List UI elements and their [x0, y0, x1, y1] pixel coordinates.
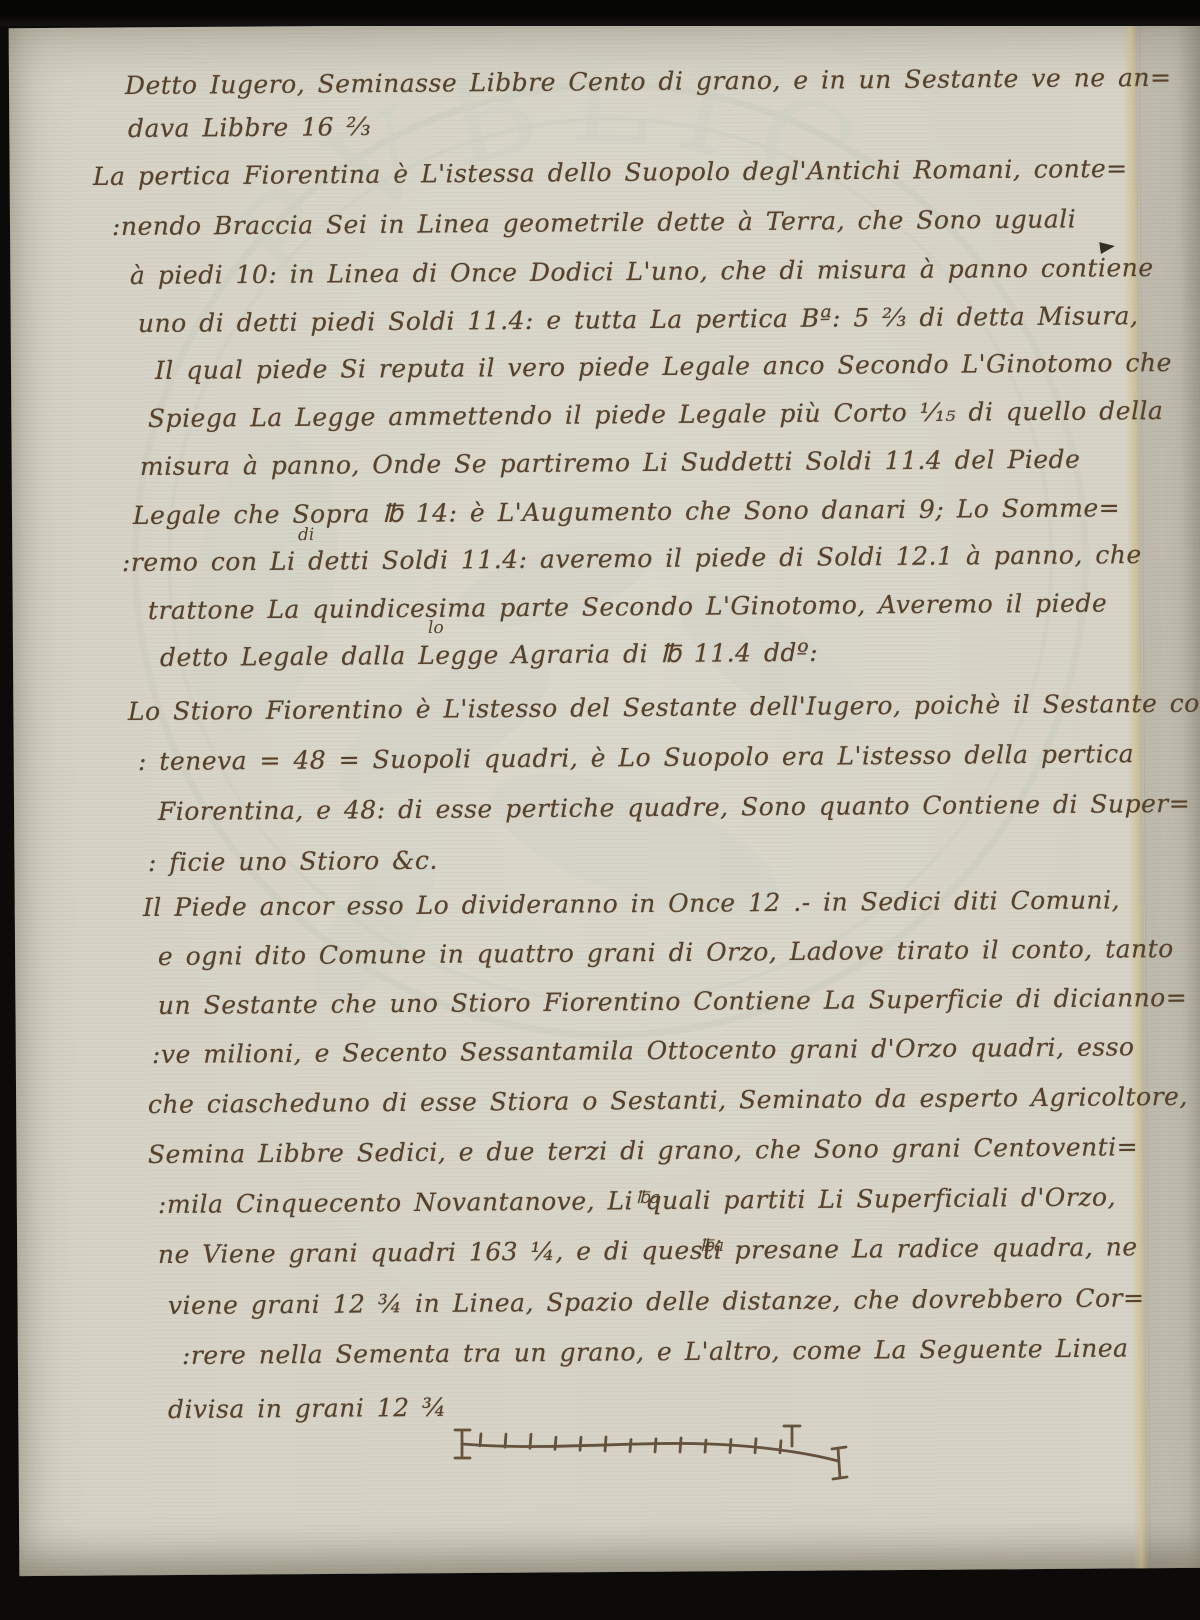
manuscript-line: detto Legale dalla Legge Agraria di ℔ 11… [160, 639, 818, 673]
manuscript-line: uno di detti piedi Soldi 11.4: e tutta L… [138, 302, 1139, 339]
manuscript-line: e ogni dito Comune in quattro grani di O… [158, 935, 1174, 972]
manuscript-line: :rere nella Sementa tra un grano, e L'al… [182, 1335, 1129, 1371]
interlinear-insertion: ℔a [636, 1190, 660, 1207]
manuscript-line: Detto Iugero, Seminasse Libbre Cento di … [125, 64, 1172, 101]
figure-tick [730, 1439, 731, 1452]
margin-ink-mark [1099, 240, 1116, 254]
manuscript-line: :remo con Li detti Soldi 11.4: averemo i… [122, 541, 1142, 578]
figure-tick [755, 1439, 756, 1453]
divided-line-figure [440, 1408, 870, 1498]
manuscript-line: divisa in grani 12 ¾ [168, 1394, 447, 1425]
manuscript-line: Spiega La Legge ammettendo il piede Lega… [148, 397, 1164, 434]
interlinear-insertion: ℔a [700, 1238, 724, 1255]
manuscript-line: un Sestante che uno Stioro Fiorentino Co… [158, 984, 1187, 1021]
figure-tick [605, 1437, 606, 1451]
manuscript-line: La pertica Fiorentina è L'istessa dello … [93, 155, 1128, 192]
figure-tick [555, 1437, 556, 1449]
figure-tick [505, 1434, 506, 1447]
manuscript-line: viene grani 12 ¾ in Linea, Spazio delle … [168, 1284, 1145, 1320]
interlinear-insertion: lo [428, 620, 444, 637]
manuscript-line: trattone La quindicesima parte Secondo L… [148, 589, 1107, 625]
figure-tick [580, 1437, 581, 1450]
interlinear-insertion: di [298, 527, 314, 544]
figure-right-cap [832, 1447, 847, 1479]
manuscript-line: dava Libbre 16 ⅔ [128, 113, 371, 144]
manuscript-line: : ficie uno Stioro &c. [148, 847, 438, 878]
figure-tick [530, 1434, 531, 1448]
figure-tall-tick [784, 1426, 800, 1446]
figure-tick [655, 1439, 656, 1452]
manuscript-line: Il qual piede Si reputa il vero piede Le… [155, 349, 1172, 386]
manuscript-line: misura à panno, Onde Se partiremo Li Sud… [140, 446, 1081, 482]
manuscript-line: à piedi 10: in Linea di Once Dodici L'un… [130, 254, 1154, 291]
manuscript-line: : teneva = 48 = Suopoli quadri, è Lo Suo… [138, 740, 1134, 777]
manuscript-line: Il Piede ancor esso Lo divideranno in On… [143, 886, 1120, 922]
manuscript-line: :ve milioni, e Secento Sessantamila Otto… [152, 1033, 1135, 1069]
figure-tick [680, 1438, 681, 1452]
figure-division-ticks [480, 1434, 781, 1453]
figure-tick [705, 1440, 706, 1452]
manuscript-line: Fiorentina, e 48: di esse pertiche quadr… [158, 790, 1190, 827]
manuscript-line: ne Viene grani quadri 163 ¼, e di questi… [158, 1233, 1138, 1269]
manuscript-line: Legale che Sopra ℔ 14: è L'Augumento che… [133, 494, 1120, 531]
figure-tick [630, 1440, 631, 1452]
manuscript-line: Lo Stioro Fiorentino è L'istesso del Ses… [128, 689, 1200, 726]
manuscript-line: che ciascheduno di esse Stiora o Sestant… [148, 1083, 1188, 1120]
figure-tick [480, 1434, 481, 1446]
manuscript-line: Semina Libbre Sedici, e due terzi di gra… [148, 1133, 1138, 1170]
handwritten-text-block: Detto Iugero, Seminasse Libbre Cento di … [0, 0, 1200, 1620]
figure-tick [780, 1441, 781, 1453]
manuscript-line: :nendo Braccia Sei in Linea geometrile d… [112, 205, 1076, 241]
manuscript-scan: PVBLIC Detto Iugero, Seminasse Libbre Ce… [0, 0, 1200, 1620]
